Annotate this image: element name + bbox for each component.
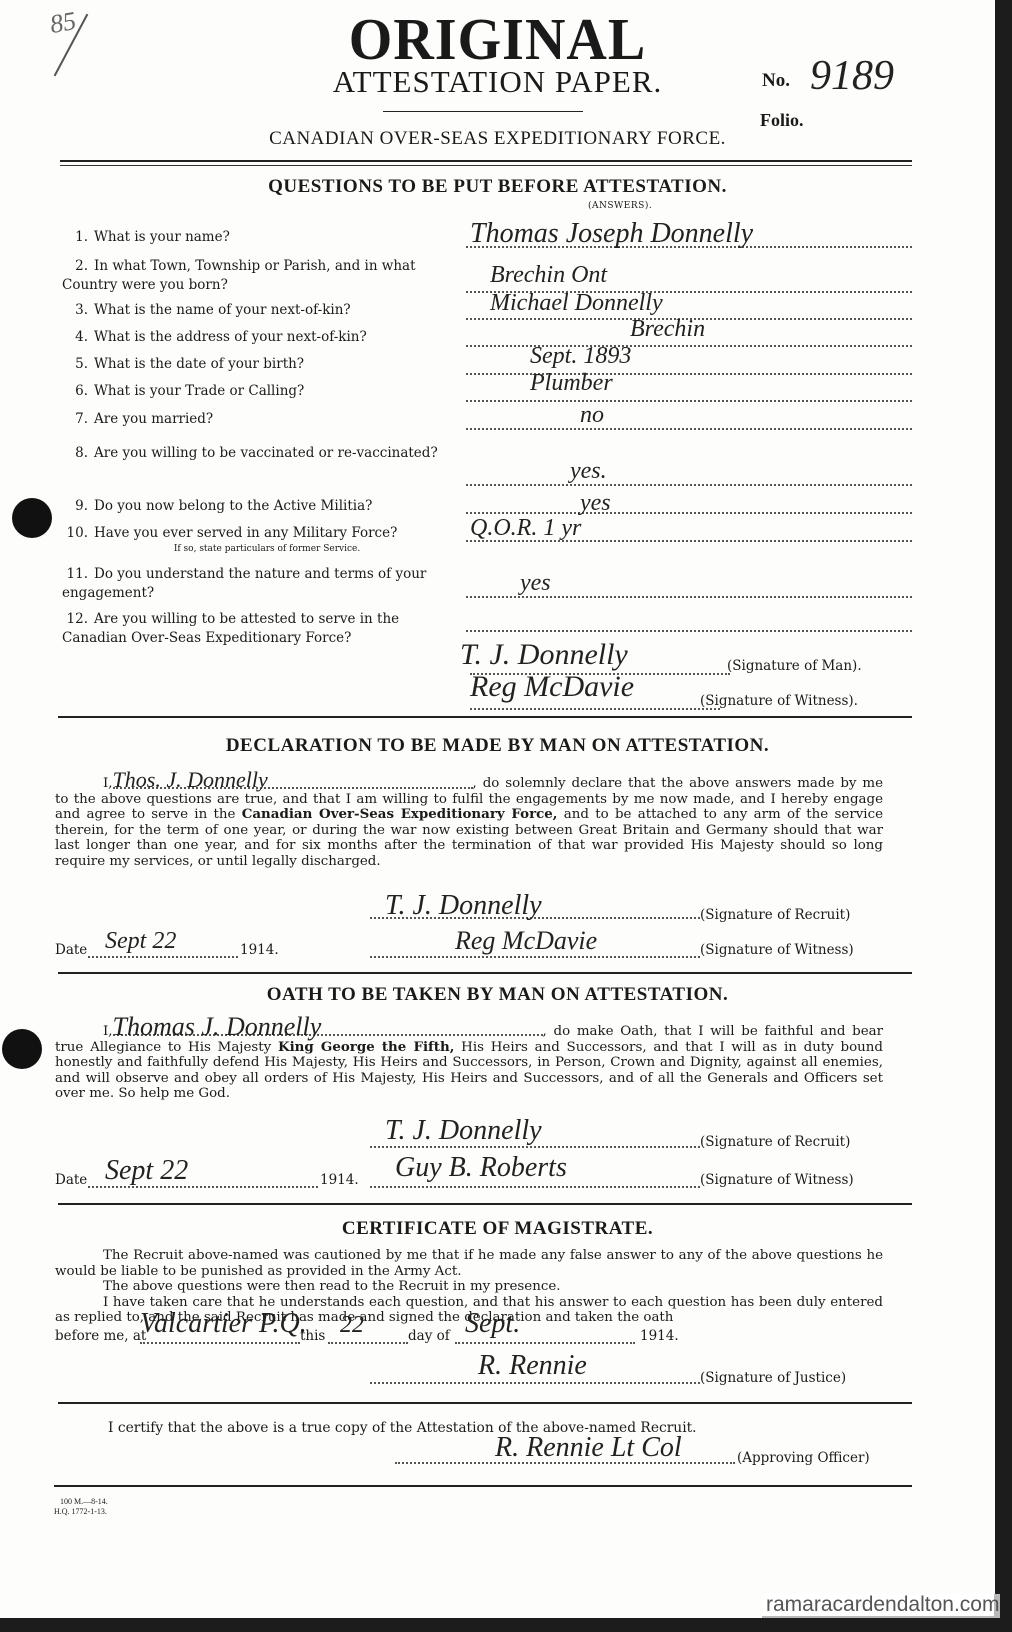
magistrate-justice-line <box>370 1382 700 1384</box>
punch-hole-upper <box>12 498 52 538</box>
oath-date-value: Sept 22 <box>105 1155 188 1187</box>
approving-officer-signature: R. Rennie Lt Col <box>495 1432 682 1464</box>
question-4: 4.What is the address of your next-of-ki… <box>62 328 452 347</box>
watermark-text: ramaracardendalton.com <box>762 1594 994 1616</box>
oath-date-label: Date <box>55 1172 87 1188</box>
section-divider-4 <box>58 1402 912 1404</box>
question-8: 8.Are you willing to be vaccinated or re… <box>62 441 452 466</box>
answer-2: Brechin Ont <box>490 262 607 289</box>
answer-9: yes <box>580 490 611 517</box>
number-label: No. <box>762 70 790 92</box>
oath-text: I,Thomas J. Donnelly, do make Oath, that… <box>55 1020 883 1102</box>
oath-recruit-label: (Signature of Recruit) <box>700 1134 850 1150</box>
section-divider-5 <box>54 1485 912 1487</box>
answer-5: Sept. 1893 <box>530 343 631 370</box>
oath-signature-witness: Guy B. Roberts <box>395 1152 567 1184</box>
signature-witness-line <box>470 708 720 710</box>
question-10: 10.Have you ever served in any Military … <box>62 524 452 559</box>
answer-10: Q.O.R. 1 yr <box>470 515 581 542</box>
punch-hole-lower <box>2 1029 42 1069</box>
title-divider <box>383 111 583 112</box>
declaration-signature-witness: Reg McDavie <box>455 926 597 956</box>
answer-7: no <box>580 402 604 429</box>
answers-label: (ANSWERS). <box>588 201 652 211</box>
question-5: 5.What is the date of your birth? <box>62 355 452 374</box>
question-10-note: If so, state particulars of former Servi… <box>62 540 452 559</box>
signature-witness-q: Reg McDavie <box>470 670 634 704</box>
question-9: 9.Do you now belong to the Active Militi… <box>62 497 452 516</box>
declaration-year: 1914. <box>240 942 279 958</box>
declaration-heading: DECLARATION TO BE MADE BY MAN ON ATTESTA… <box>0 735 995 757</box>
declaration-date-value: Sept 22 <box>105 928 176 955</box>
magistrate-signature-justice: R. Rennie <box>478 1350 587 1382</box>
force-name: CANADIAN OVER-SEAS EXPEDITIONARY FORCE. <box>0 128 995 150</box>
magistrate-day: 22 <box>340 1312 364 1339</box>
oath-signature-recruit: T. J. Donnelly <box>385 1115 542 1147</box>
declaration-name: Thos. J. Donnelly <box>113 773 473 789</box>
magistrate-before-me: before me, at <box>55 1328 146 1344</box>
approving-officer-label: (Approving Officer) <box>737 1450 870 1466</box>
section-divider-1 <box>58 716 912 718</box>
question-11: 11.Do you understand the nature and term… <box>62 565 452 603</box>
watermark: ramaracardendalton.com <box>762 1594 1000 1618</box>
answer-4: Brechin <box>630 316 705 343</box>
answer-line-6 <box>466 400 912 402</box>
attestation-number: 9189 <box>810 52 894 100</box>
signature-man-label: (Signature of Man). <box>727 658 862 674</box>
oath-name: Thomas J. Donnelly <box>113 1020 543 1036</box>
form-code-2: H.Q. 1772-1-13. <box>54 1507 107 1516</box>
declaration-signature-recruit: T. J. Donnelly <box>385 890 542 922</box>
answer-8: yes. <box>570 458 607 485</box>
oath-year: 1914. <box>320 1172 359 1188</box>
form-code-1: 100 M.—8-14. <box>60 1497 108 1506</box>
question-1: 1.What is your name? <box>62 228 452 247</box>
header-double-rule-top <box>60 160 912 162</box>
section-divider-2 <box>58 972 912 974</box>
question-2: 2.In what Town, Township or Parish, and … <box>62 257 452 295</box>
magistrate-heading: CERTIFICATE OF MAGISTRATE. <box>0 1218 995 1240</box>
oath-witness-label: (Signature of Witness) <box>700 1172 854 1188</box>
magistrate-year: 1914. <box>640 1328 679 1344</box>
questions-heading: QUESTIONS TO BE PUT BEFORE ATTESTATION. <box>0 176 995 198</box>
answer-line-7 <box>466 428 912 430</box>
magistrate-justice-label: (Signature of Justice) <box>700 1370 846 1386</box>
header-double-rule-bottom <box>60 165 912 166</box>
declaration-date-line <box>88 956 238 958</box>
signature-man: T. J. Donnelly <box>460 638 628 672</box>
magistrate-place: Valcartier P.Q. <box>140 1308 307 1340</box>
magistrate-this-label: this <box>300 1328 325 1344</box>
answer-11: yes <box>520 570 551 597</box>
attestation-paper: 85 ORIGINAL ATTESTATION PAPER. CANADIAN … <box>0 0 995 1618</box>
section-divider-3 <box>58 1203 912 1205</box>
answer-6: Plumber <box>530 370 613 397</box>
declaration-text: I,Thos. J. Donnelly, do solemnly declare… <box>55 773 883 869</box>
answer-line-9 <box>466 512 912 514</box>
answer-line-12 <box>466 630 912 632</box>
magistrate-day-line <box>328 1342 408 1344</box>
magistrate-month-line <box>455 1342 635 1344</box>
question-12: 12.Are you willing to be attested to ser… <box>62 610 452 648</box>
magistrate-day-of-label: day of <box>408 1328 450 1344</box>
declaration-recruit-label: (Signature of Recruit) <box>700 907 850 923</box>
question-6: 6.What is your Trade or Calling? <box>62 382 452 401</box>
declaration-witness-line <box>370 956 700 958</box>
answer-line-8 <box>466 484 912 486</box>
oath-witness-line <box>370 1186 700 1188</box>
folio-label: Folio. <box>760 110 804 131</box>
declaration-date-label: Date <box>55 942 87 958</box>
oath-heading: OATH TO BE TAKEN BY MAN ON ATTESTATION. <box>0 984 995 1006</box>
question-7: 7.Are you married? <box>62 410 452 429</box>
answer-3: Michael Donnelly <box>490 290 663 317</box>
magistrate-place-line <box>140 1342 300 1344</box>
question-3: 3.What is the name of your next-of-kin? <box>62 301 452 320</box>
signature-witness-label-q: (Signature of Witness). <box>700 693 858 709</box>
answer-1: Thomas Joseph Donnelly <box>470 218 753 250</box>
declaration-witness-label: (Signature of Witness) <box>700 942 854 958</box>
magistrate-month: Sept. <box>465 1308 520 1340</box>
